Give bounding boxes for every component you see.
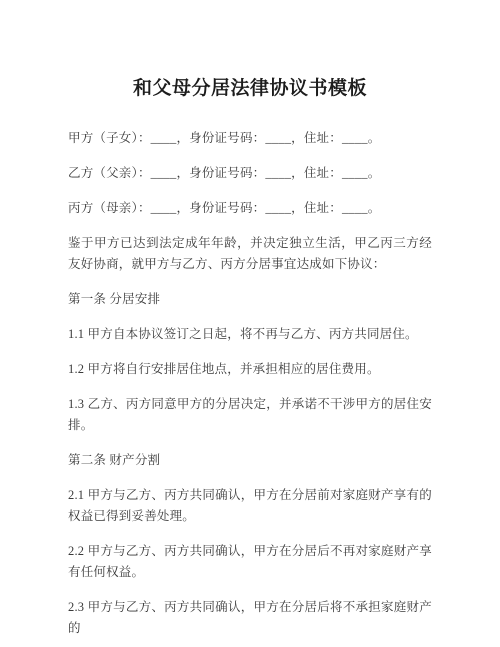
party-line-jiafang: 甲方（子女）：____，身份证号码：____，住址：____。 [68,128,432,149]
clause-2-1: 2.1 甲方与乙方、丙方共同确认，甲方在分居前对家庭财产享有的权益已得到妥善处理… [68,485,432,527]
clause-2-2: 2.2 甲方与乙方、丙方共同确认，甲方在分居后不再对家庭财产享有任何权益。 [68,541,432,583]
clause-1-2: 1.2 甲方将自行安排居住地点，并承担相应的居住费用。 [68,359,432,380]
party-line-yifang: 乙方（父亲）：____，身份证号码：____，住址：____。 [68,163,432,184]
clause-1-1: 1.1 甲方自本协议签订之日起，将不再与乙方、丙方共同居住。 [68,324,432,345]
clause-1-3: 1.3 乙方、丙方同意甲方的分居决定，并承诺不干涉甲方的居住安排。 [68,394,432,436]
clause-2-3: 2.3 甲方与乙方、丙方共同确认，甲方在分居后将不承担家庭财产的 [68,597,432,639]
document-title: 和父母分居法律协议书模板 [68,76,432,102]
section-2-heading: 第二条 财产分割 [68,450,432,471]
party-line-bingfang: 丙方（母亲）：____，身份证号码：____，住址：____。 [68,198,432,219]
document-page: 和父母分居法律协议书模板 甲方（子女）：____，身份证号码：____，住址：_… [0,0,500,647]
preamble-paragraph: 鉴于甲方已达到法定成年年龄，并决定独立生活，甲乙丙三方经友好协商，就甲方与乙方、… [68,233,432,275]
section-1-heading: 第一条 分居安排 [68,289,432,310]
